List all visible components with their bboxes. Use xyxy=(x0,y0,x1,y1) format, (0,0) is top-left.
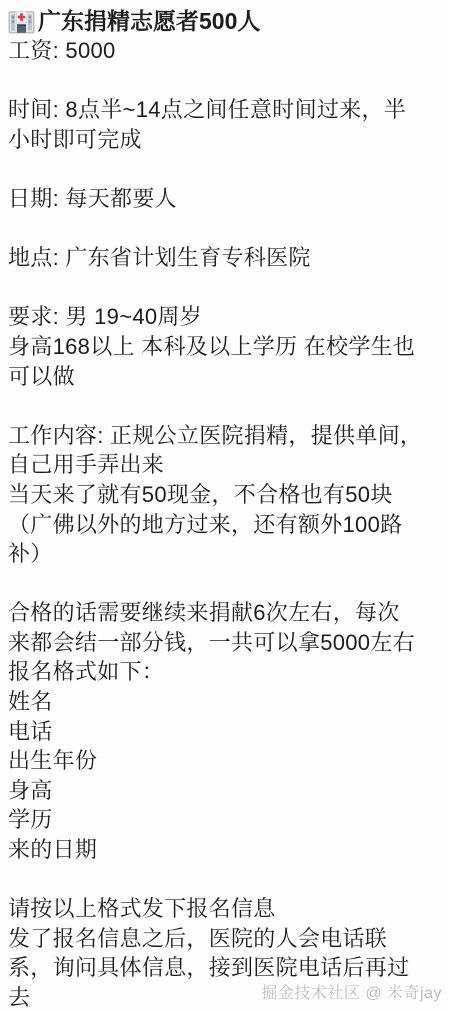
text-line: 身高 xyxy=(8,776,441,806)
text-line: 要求: 男 19~40周岁 xyxy=(8,302,441,332)
post-title-text: 广东捐精志愿者500人 xyxy=(38,6,260,36)
text-line: 请按以上格式发下报名信息 xyxy=(8,894,441,924)
post-title: 广东捐精志愿者500人 xyxy=(8,6,441,36)
text-line: 当天来了就有50现金，不合格也有50块 xyxy=(8,480,441,510)
text-line: 小时即可完成 xyxy=(8,125,441,155)
text-line: 地点: 广东省计划生育专科医院 xyxy=(8,243,441,273)
text-line: 工作内容: 正规公立医院捐精，提供单间， xyxy=(8,421,441,451)
blank-line xyxy=(8,154,441,184)
text-line: 来都会结一部分钱，一共可以拿5000左右 xyxy=(8,628,441,658)
text-line: 报名格式如下： xyxy=(8,657,441,687)
text-line: 日期: 每天都要人 xyxy=(8,184,441,214)
text-line: 出生年份 xyxy=(8,746,441,776)
blank-line xyxy=(8,391,441,421)
text-line: 自己用手弄出来 xyxy=(8,450,441,480)
text-line: 姓名 xyxy=(8,687,441,717)
text-line: 来的日期 xyxy=(8,835,441,865)
job-post-document: 广东捐精志愿者500人 工资: 5000 时间: 8点半~14点之间任意时间过来… xyxy=(0,0,449,1013)
text-line: 可以做 xyxy=(8,362,441,392)
text-line: 合格的话需要继续来捐献6次左右，每次 xyxy=(8,598,441,628)
text-line: 身高168以上 本科及以上学历 在校学生也 xyxy=(8,332,441,362)
watermark: 掘金技术社区 @ 米奇jay xyxy=(261,980,442,1003)
text-line: （广佛以外的地方过来，还有额外100路 xyxy=(8,510,441,540)
text-line: 发了报名信息之后，医院的人会电话联 xyxy=(8,924,441,954)
hospital-icon xyxy=(8,8,35,35)
blank-line xyxy=(8,66,441,96)
blank-line xyxy=(8,273,441,303)
text-line: 补） xyxy=(8,539,441,569)
blank-line xyxy=(8,214,441,244)
text-line: 工资: 5000 xyxy=(8,36,441,66)
text-line: 学历 xyxy=(8,805,441,835)
blank-line xyxy=(8,569,441,599)
text-line: 时间: 8点半~14点之间任意时间过来，半 xyxy=(8,95,441,125)
post-body: 工资: 5000 时间: 8点半~14点之间任意时间过来，半小时即可完成 日期:… xyxy=(8,36,441,1013)
text-line: 系，询问具体信息，接到医院电话后再过 xyxy=(8,953,441,983)
blank-line xyxy=(8,865,441,895)
text-line: 电话 xyxy=(8,717,441,747)
